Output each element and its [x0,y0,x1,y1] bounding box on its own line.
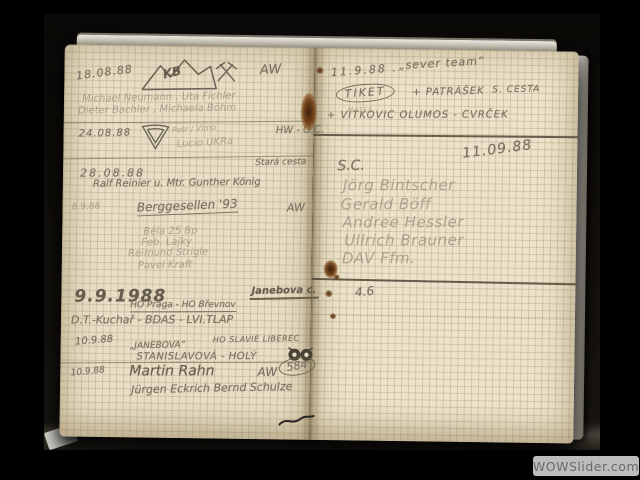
entry-names: Ralf Reinier u. Mtr. Gunther König [93,177,261,190]
club-shield-sketch-icon [139,123,171,151]
open-notebook: 18.08.88 KB AW Michael Neumann , Uta Fic… [59,44,578,443]
club-abbrev: S.C. [337,158,365,175]
faint-line [311,314,575,320]
entry-divider [314,134,578,138]
route-code: HW - O.C. [276,124,324,136]
club-name: HO SLAVIE LIBEREC [213,334,300,345]
hammer-pick-icon [214,61,238,85]
route-name: „JANEBOVA“ [130,340,186,351]
entry-names: Andree Hessler [342,213,463,231]
route-code: AW [260,62,282,78]
notebook-spread: 18.08.88 KB AW Michael Neumann , Uta Fic… [59,44,578,443]
pen-flourish-icon [278,413,314,428]
entry-names: Ullrich Brauner [344,231,464,249]
route-grade: 4.6 [354,284,374,300]
entry-names: Reimund Strigle [128,247,208,260]
watermark-label: WOWSlider.com [533,459,639,474]
entry-date: 10.9.88 [70,365,105,378]
member-nickname: TIKET [335,82,395,104]
club-section: DAV Ffm. [342,249,415,267]
route-name: S. CESTA [492,84,540,95]
route-name: Janebova c. [249,285,318,300]
notebook-photo: 18.08.88 KB AW Michael Neumann , Uta Fic… [44,14,600,450]
entry-names: Lucio UKRa [176,136,233,150]
entry-date: 18.08.88 [75,62,133,82]
route-code: AW [287,201,306,215]
entry-date: 24.08.88 [79,128,132,140]
entry-names: D.T.-Kuchař - BDAS - LVI.TLAP [71,313,233,327]
entry-names: Dieter Bachler , Michaela Böhm [78,102,236,116]
entry-date: 11.9.88 . [330,61,398,79]
right-page: 11.9.88 . „sever team“ TIKET MATES + PAT… [309,48,578,444]
entry-divider [64,121,314,124]
entry-names: Jürgen Eckrich Bernd Schulze [131,380,293,396]
left-page: 18.08.88 KB AW Michael Neumann , Uta Fic… [59,44,314,439]
route-code: AW [257,365,277,379]
group-name: Berggesellen '93 [137,197,238,217]
entry-date: 10.9.88 [75,334,114,348]
entry-names: Jörg Bintscher [343,176,455,194]
entry-names: + VITKOVIC OLUMOS - CVRČEK [327,109,509,121]
club-names: HO Praga - HO Břevnov [130,300,236,312]
entry-names: Gerald Böff [341,195,431,213]
entry-names: Martin Rahn [129,363,214,379]
team-name: „sever team“ [399,54,485,72]
entry-divider [311,278,575,286]
member-name: + PATRÁŠEK [412,86,485,99]
entry-names: Petr / Vimo [172,123,217,135]
entry-names: STANISLAVOVÁ - HOLÝ [136,351,256,362]
entry-date: 11.09.88 [461,137,533,162]
route-name: Stará cesta [255,157,306,168]
entry-date: 8.9.88 [72,201,101,212]
entry-names: Pavel Kraft [138,259,193,271]
wowslider-watermark[interactable]: WOWSlider.com [533,456,639,476]
